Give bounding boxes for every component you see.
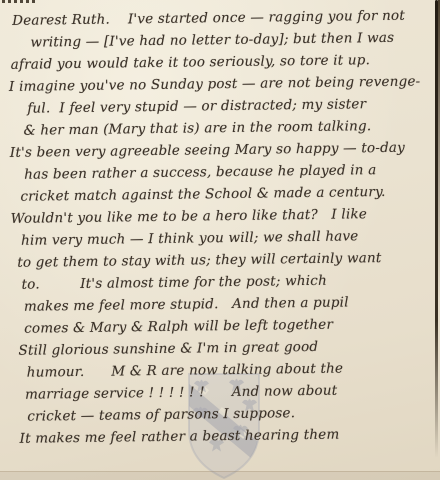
letter-page: Dearest Ruth. I've started once — raggin… [0,0,440,480]
letter-line: It makes me feel rather a beast hearing … [19,422,435,449]
scan-edge-marks [2,0,38,3]
letter-body: Dearest Ruth. I've started once — raggin… [0,4,436,450]
paper-crease-shadow [0,472,440,480]
